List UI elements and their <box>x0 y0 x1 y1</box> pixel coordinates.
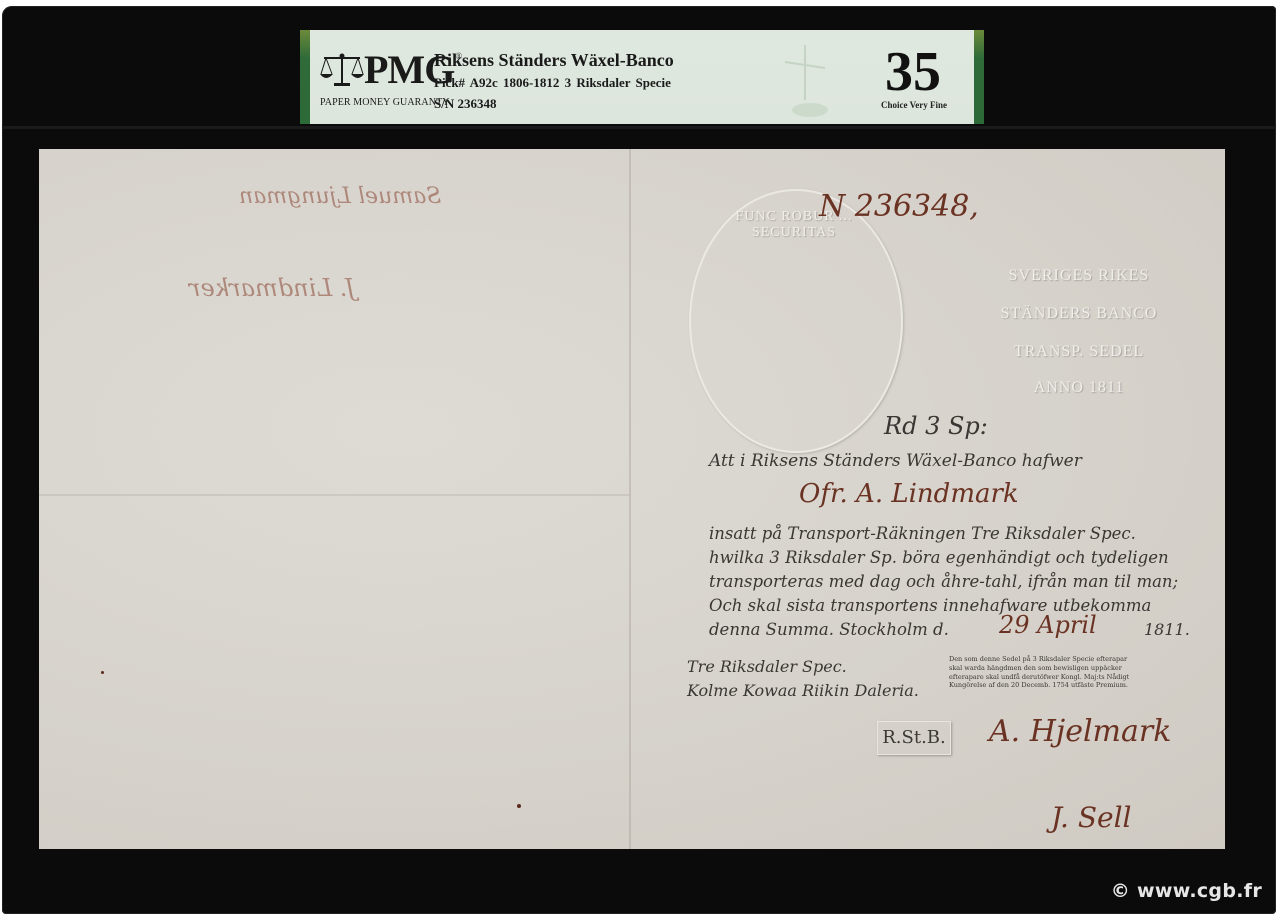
banknote: Samuel Ljungman J. Lindmarker FUNC ROBUR… <box>39 149 1225 849</box>
warning-line-3: efterapare skal undfå derutöfwer Kongl. … <box>949 673 1181 682</box>
pmg-grading-label: PMG ® PAPER MONEY GUARANTY Riksens Ständ… <box>300 30 984 124</box>
embossed-stamp-line-3: TRANSP. SEDEL <box>959 343 1199 361</box>
scales-watermark-icon <box>770 40 840 120</box>
printed-line-2: insatt på Transport-Räkningen Tre Riksda… <box>709 524 1136 543</box>
grade-description: Choice Very Fine <box>868 100 960 110</box>
pmg-brand-subtitle: PAPER MONEY GUARANTY <box>320 97 450 108</box>
denomination-finnish: Kolme Kowaa Riikin Daleria. <box>687 681 919 700</box>
bleed-through-writing-1: Samuel Ljungman <box>239 184 441 209</box>
printed-line-4: transporteras med dag och åhre-tahl, ifr… <box>709 572 1178 591</box>
warning-line-1: Den som denne Sedel på 3 Riksdaler Speci… <box>949 655 1181 664</box>
printed-line-1: Att i Riksens Ständers Wäxel-Banco hafwe… <box>709 451 1082 471</box>
serial-number: S/N 236348 <box>434 96 496 112</box>
handwritten-date: 29 April <box>999 611 1097 639</box>
scales-icon <box>320 52 364 88</box>
warning-line-2: skal warda hängdmen den som bewisligen u… <box>949 664 1181 673</box>
pmg-holder: PMG ® PAPER MONEY GUARANTY Riksens Ständ… <box>2 6 1276 914</box>
handwritten-payee: Ofr. A. Lindmark <box>799 479 1019 509</box>
signature-1: A. Hjelmark <box>989 714 1171 749</box>
denomination: Rd 3 Sp: <box>884 412 988 440</box>
label-edge-left <box>300 30 310 124</box>
embossed-stamp-line-1: SVERIGES RIKES <box>959 267 1199 285</box>
watermark-credit: © www.cgb.fr <box>1111 880 1262 902</box>
denomination-swedish: Tre Riksdaler Spec. <box>687 657 847 676</box>
label-edge-right <box>974 30 984 124</box>
printed-line-6: denna Summa. Stockholm d. <box>709 620 949 639</box>
embossed-stamp-line-2: STÄNDERS BANCO <box>959 305 1199 323</box>
counterfeit-warning: Den som denne Sedel på 3 Riksdaler Speci… <box>949 655 1181 690</box>
signature-2: J. Sell <box>1051 801 1132 834</box>
fold-line-horizontal <box>39 494 629 496</box>
embossed-stamp-line-4: ANNO 1811 <box>959 379 1199 397</box>
pick-number: Pick# A92c 1806-1812 3 Riksdaler Specie <box>434 75 671 91</box>
note-title: Riksens Ständers Wäxel-Banco <box>434 50 674 71</box>
seal-monogram: R.St.B. <box>877 721 951 755</box>
bleed-through-writing-2: J. Lindmarker <box>189 274 355 302</box>
ink-spot <box>517 804 521 808</box>
ink-spot <box>101 671 104 674</box>
grade-number: 35 <box>868 44 958 100</box>
warning-line-4: Kungörelse af den 20 Decemb. 1754 utfäst… <box>949 681 1181 690</box>
handwritten-serial: N 236348, <box>819 189 979 224</box>
issue-year: 1811. <box>1144 620 1190 639</box>
fold-line-vertical <box>629 149 631 849</box>
printed-line-3: hwilka 3 Riksdaler Sp. böra egenhändigt … <box>709 548 1169 567</box>
